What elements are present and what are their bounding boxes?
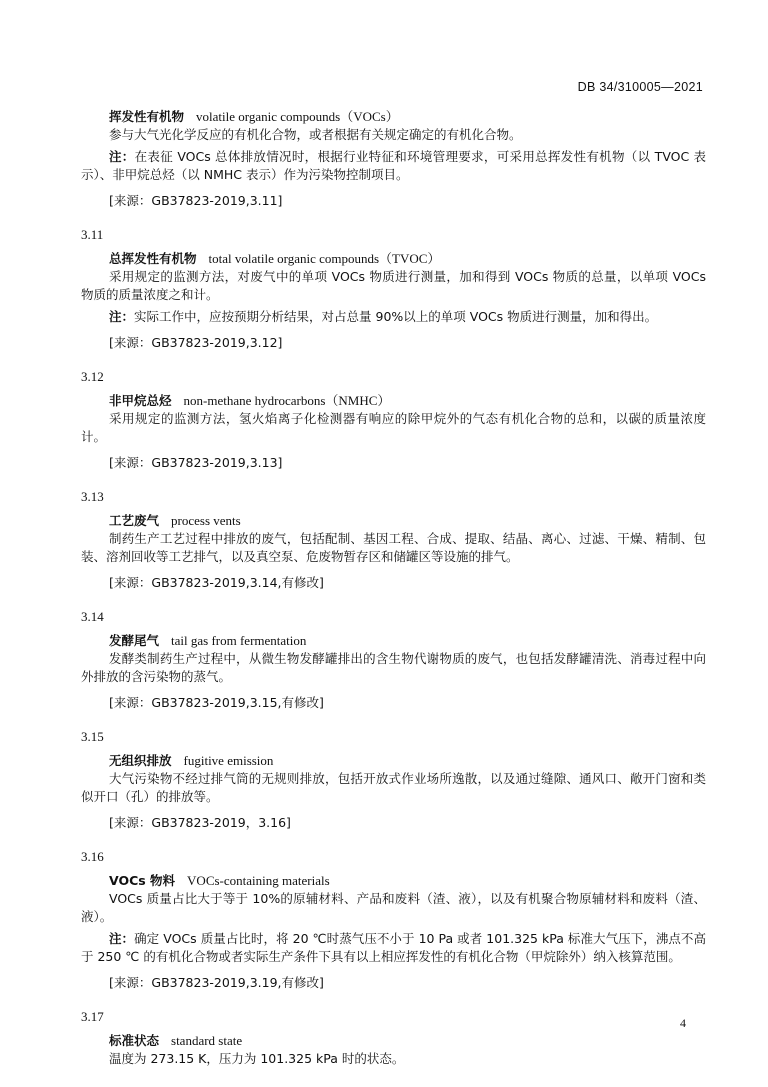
term-heading: 标准状态standard state <box>81 1032 706 1050</box>
term-entry-vocs: 挥发性有机物volatile organic compounds（VOCs） 参… <box>81 108 706 210</box>
term-heading: 工艺废气process vents <box>81 512 706 530</box>
term-en: standard state <box>171 1033 242 1048</box>
term-entry-3-16: 3.16 VOCs 物料VOCs-containing materials VO… <box>81 848 706 992</box>
clause-number: 3.12 <box>81 368 706 386</box>
clause-number: 3.15 <box>81 728 706 746</box>
source-citation: [来源：GB37823-2019,3.15,有修改] <box>81 694 706 712</box>
definition: 大气污染物不经过排气筒的无规则排放，包括开放式作业场所逸散，以及通过缝隙、通风口… <box>81 770 706 806</box>
source-citation: [来源：GB37823-2019,3.12] <box>81 334 706 352</box>
definition: 采用规定的监测方法，氢火焰离子化检测器有响应的除甲烷外的气态有机化合物的总和，以… <box>81 410 706 446</box>
term-en: tail gas from fermentation <box>171 633 306 648</box>
term-heading: 总挥发性有机物total volatile organic compounds（… <box>81 250 706 268</box>
term-zh: VOCs 物料 <box>109 873 175 888</box>
term-zh: 非甲烷总烃 <box>109 393 172 408</box>
term-entry-3-12: 3.12 非甲烷总烃non-methane hydrocarbons（NMHC）… <box>81 368 706 472</box>
source-citation: [来源：GB37823-2019，3.16] <box>81 814 706 832</box>
term-heading: 无组织排放fugitive emission <box>81 752 706 770</box>
note: 注：实际工作中，应按预期分析结果，对占总量 90%以上的单项 VOCs 物质进行… <box>81 308 706 326</box>
note: 注：在表征 VOCs 总体排放情况时，根据行业特征和环境管理要求，可采用总挥发性… <box>81 148 706 184</box>
note-label: 注： <box>109 309 134 324</box>
term-heading: 非甲烷总烃non-methane hydrocarbons（NMHC） <box>81 392 706 410</box>
term-entry-3-13: 3.13 工艺废气process vents 制药生产工艺过程中排放的废气，包括… <box>81 488 706 592</box>
term-zh: 总挥发性有机物 <box>109 251 197 266</box>
note: 注：确定 VOCs 质量占比时，将 20 ℃时蒸气压不小于 10 Pa 或者 1… <box>81 930 706 966</box>
definition: 参与大气光化学反应的有机化合物，或者根据有关规定确定的有机化合物。 <box>81 126 706 144</box>
note-label: 注： <box>109 931 134 946</box>
document-body: 挥发性有机物volatile organic compounds（VOCs） 参… <box>81 108 706 1068</box>
term-zh: 标准状态 <box>109 1033 159 1048</box>
definition: 制药生产工艺过程中排放的废气，包括配制、基因工程、合成、提取、结晶、离心、过滤、… <box>81 530 706 566</box>
term-en: non-methane hydrocarbons（NMHC） <box>184 393 391 408</box>
note-label: 注： <box>109 149 135 164</box>
definition: 发酵类制药生产过程中，从微生物发酵罐排出的含生物代谢物质的废气，也包括发酵罐清洗… <box>81 650 706 686</box>
note-text: 实际工作中，应按预期分析结果，对占总量 90%以上的单项 VOCs 物质进行测量… <box>134 309 657 324</box>
term-heading: VOCs 物料VOCs-containing materials <box>81 872 706 890</box>
definition: 采用规定的监测方法，对废气中的单项 VOCs 物质进行测量，加和得到 VOCs … <box>81 268 706 304</box>
clause-number: 3.14 <box>81 608 706 626</box>
note-text: 在表征 VOCs 总体排放情况时，根据行业特征和环境管理要求，可采用总挥发性有机… <box>81 149 706 182</box>
term-en: fugitive emission <box>184 753 274 768</box>
term-entry-3-11: 3.11 总挥发性有机物total volatile organic compo… <box>81 226 706 352</box>
term-zh: 无组织排放 <box>109 753 172 768</box>
definition: 温度为 273.15 K，压力为 101.325 kPa 时的状态。 <box>81 1050 706 1068</box>
term-zh: 挥发性有机物 <box>109 109 184 124</box>
term-heading: 挥发性有机物volatile organic compounds（VOCs） <box>81 108 706 126</box>
term-en: VOCs-containing materials <box>187 873 330 888</box>
source-citation: [来源：GB37823-2019,3.13] <box>81 454 706 472</box>
term-entry-3-15: 3.15 无组织排放fugitive emission 大气污染物不经过排气筒的… <box>81 728 706 832</box>
page-number: 4 <box>680 1016 686 1031</box>
term-zh: 发酵尾气 <box>109 633 159 648</box>
term-entry-3-17: 3.17 标准状态standard state 温度为 273.15 K，压力为… <box>81 1008 706 1068</box>
term-en: volatile organic compounds（VOCs） <box>196 109 399 124</box>
term-zh: 工艺废气 <box>109 513 159 528</box>
source-citation: [来源：GB37823-2019,3.11] <box>81 192 706 210</box>
term-en: process vents <box>171 513 241 528</box>
source-citation: [来源：GB37823-2019,3.14,有修改] <box>81 574 706 592</box>
note-text: 确定 VOCs 质量占比时，将 20 ℃时蒸气压不小于 10 Pa 或者 101… <box>81 931 706 964</box>
term-entry-3-14: 3.14 发酵尾气tail gas from fermentation 发酵类制… <box>81 608 706 712</box>
source-citation: [来源：GB37823-2019,3.19,有修改] <box>81 974 706 992</box>
term-heading: 发酵尾气tail gas from fermentation <box>81 632 706 650</box>
clause-number: 3.16 <box>81 848 706 866</box>
term-en: total volatile organic compounds（TVOC） <box>209 251 441 266</box>
clause-number: 3.17 <box>81 1008 706 1026</box>
clause-number: 3.11 <box>81 226 706 244</box>
clause-number: 3.13 <box>81 488 706 506</box>
standard-code: DB 34/310005—2021 <box>578 80 703 94</box>
definition: VOCs 质量占比大于等于 10%的原辅材料、产品和废料（渣、液），以及有机聚合… <box>81 890 706 926</box>
